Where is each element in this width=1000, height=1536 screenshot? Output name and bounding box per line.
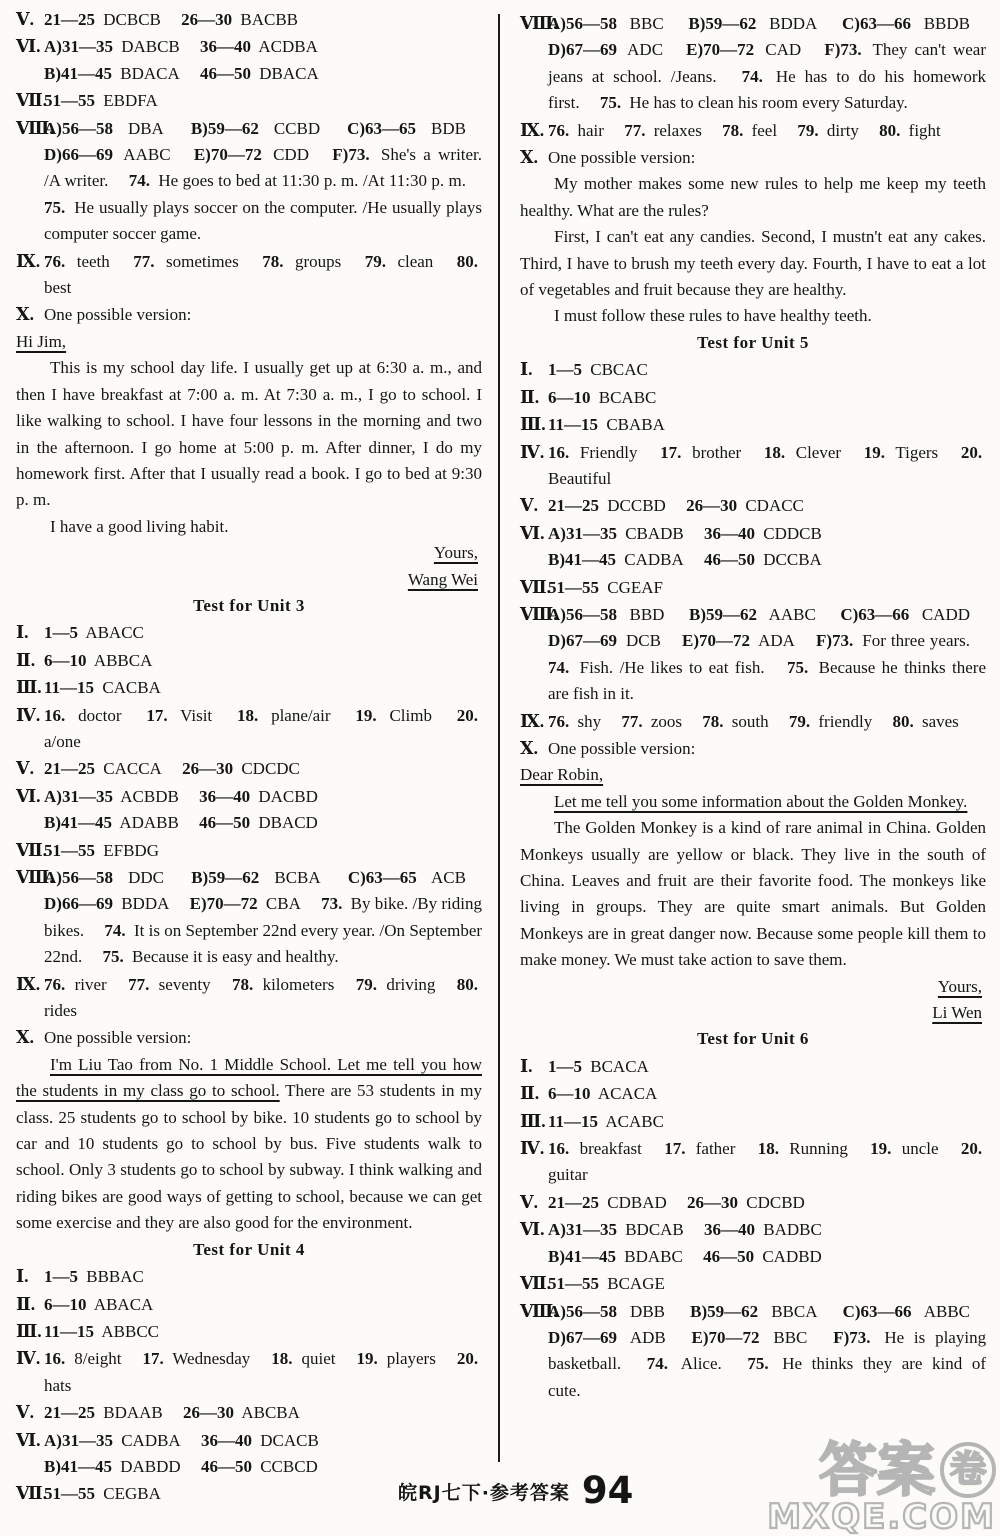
answer-text: friendly (818, 712, 872, 731)
question-number: B)59—62 (191, 868, 259, 887)
answer-item: Ⅴ.21—25 CACCA 26—30 CDCDC (16, 755, 482, 782)
answer-text: plane/air (271, 706, 330, 725)
answer-text: CCBD (274, 119, 320, 138)
question-number: 17. (664, 1139, 685, 1158)
question-number: 74. (742, 67, 763, 86)
question-number: 77. (133, 252, 154, 271)
question-number: 20. (457, 1349, 478, 1368)
question-number: 36—40 (200, 37, 251, 56)
answer-text: father (696, 1139, 736, 1158)
section-numeral: Ⅵ. (16, 783, 44, 809)
answer-text: hats (44, 1376, 71, 1395)
answer-text: BBC (630, 14, 664, 33)
answer-text: BBCA (771, 1302, 817, 1321)
answer-text: Running (789, 1139, 848, 1158)
answer-text: kilometers (263, 975, 335, 994)
question-number: B)59—62 (689, 605, 757, 624)
section-numeral: Ⅴ. (16, 755, 44, 781)
question-number: 18. (758, 1139, 779, 1158)
answer-item: Ⅶ.51—55 BCAGE (520, 1270, 986, 1297)
question-number: B)41—45 (44, 813, 112, 832)
essay-paragraph: My mother makes some new rules to help m… (520, 171, 986, 224)
question-number: 46—50 (704, 550, 755, 569)
answer-text: ABACC (85, 623, 144, 642)
answer-item: Ⅰ.1—5 BCACA (520, 1053, 986, 1080)
question-number: 6—10 (44, 1295, 87, 1314)
question-number: 77. (621, 712, 642, 731)
answer-text: BDABC (624, 1247, 683, 1266)
section-numeral: Ⅹ. (16, 301, 44, 327)
question-number: 46—50 (200, 64, 251, 83)
answer-text: One possible version: (44, 1028, 191, 1047)
question-number: 1—5 (44, 1267, 78, 1286)
question-number: A)31—35 (44, 37, 113, 56)
question-number: A)56—58 (548, 14, 617, 33)
answer-item: Ⅱ.6—10 ABACA (16, 1291, 482, 1318)
answer-text: BBD (629, 605, 664, 624)
answer-text: Fish. /He likes to eat fish. (580, 658, 765, 677)
answer-text: BBDB (924, 14, 970, 33)
question-number: 78. (232, 975, 253, 994)
answer-text: CADBD (762, 1247, 822, 1266)
answer-text: guitar (548, 1165, 588, 1184)
footer-edition-label: 皖RJ七下·参考答案 (398, 1478, 570, 1509)
answer-text: This is my school day life. I usually ge… (16, 358, 482, 509)
question-number: A)56—58 (548, 1302, 617, 1321)
answer-text: He has to clean his room every Saturday. (629, 93, 907, 112)
answer-item: Ⅱ.6—10 ABBCA (16, 647, 482, 674)
answer-text: BCAGE (607, 1274, 665, 1293)
answer-text: Hi Jim, (16, 332, 66, 351)
question-number: D)67—69 (548, 40, 617, 59)
answer-text: Let me tell you some information about t… (554, 792, 967, 811)
question-number: 36—40 (199, 787, 250, 806)
essay-paragraph: I have a good living habit. (16, 514, 482, 540)
answer-text: CDD (273, 145, 309, 164)
section-numeral: Ⅲ. (16, 674, 44, 700)
answer-text: Friendly (580, 443, 638, 462)
answer-text: Clever (796, 443, 841, 462)
answer-text: I have a good living habit. (50, 517, 228, 536)
answer-item: Ⅳ.16. breakfast 17. father 18. Running 1… (520, 1135, 986, 1189)
question-number: B)59—62 (688, 14, 756, 33)
section-numeral: Ⅷ. (16, 115, 44, 141)
section-numeral: Ⅳ. (520, 1135, 548, 1161)
section-numeral: Ⅰ. (520, 356, 548, 382)
answer-text: Yours, (938, 977, 982, 996)
question-number: D)67—69 (548, 631, 617, 650)
question-number: D)67—69 (548, 1328, 617, 1347)
signature: Li Wen (520, 1000, 986, 1026)
answer-text: shy (578, 712, 602, 731)
section-numeral: Ⅸ. (520, 708, 548, 734)
question-number: 78. (262, 252, 283, 271)
answer-item: Ⅹ.One possible version: (520, 144, 986, 171)
section-numeral: Ⅴ. (16, 1399, 44, 1425)
answer-item: B)41—45 CADBA 46—50 DCCBA (520, 547, 986, 573)
answer-text: brother (692, 443, 741, 462)
question-number: 20. (961, 1139, 982, 1158)
answer-text: ACABC (605, 1112, 664, 1131)
question-number: B)59—62 (191, 119, 259, 138)
answer-text: DBA (128, 119, 164, 138)
question-number: 74. (129, 171, 150, 190)
answer-text: CDCBD (746, 1193, 805, 1212)
question-number: 76. (44, 252, 65, 271)
question-number: 19. (864, 443, 885, 462)
left-answer-column: Ⅴ.21—25 DCBCB 26—30 BACBB Ⅵ.A)31—35 DABC… (16, 6, 482, 1508)
section-numeral: Ⅷ. (16, 864, 44, 890)
essay-paragraph: Let me tell you some information about t… (520, 789, 986, 815)
answer-text: Li Wen (932, 1003, 982, 1022)
question-number: 46—50 (199, 813, 250, 832)
answer-text: CDCDC (241, 759, 300, 778)
watermark: 答案 卷 MXQE.COM (767, 1442, 996, 1534)
answer-text: BACBB (240, 10, 298, 29)
question-number: F)73. (833, 1328, 870, 1347)
question-number: 17. (142, 1349, 163, 1368)
question-number: 80. (879, 121, 900, 140)
answer-item: Ⅷ.A)56—58 DBB B)59—62 BBCA C)63—66 ABBC … (520, 1298, 986, 1405)
question-number: C)63—66 (840, 605, 909, 624)
question-number: E)70—72 (686, 40, 754, 59)
answer-text: DCACB (260, 1431, 319, 1450)
answer-item: Ⅱ.6—10 ACACA (520, 1080, 986, 1107)
answer-text: CBADB (625, 524, 684, 543)
answer-text: DACBD (258, 787, 318, 806)
answer-text: AABC (123, 145, 170, 164)
answer-text: ABCBA (241, 1403, 300, 1422)
question-number: A)31—35 (44, 1431, 113, 1450)
question-number: 18. (237, 706, 258, 725)
section-numeral: Ⅶ. (520, 1270, 548, 1296)
question-number: A)31—35 (548, 524, 617, 543)
answer-text: DBACD (258, 813, 318, 832)
answer-text: ABACA (94, 1295, 154, 1314)
answer-text: There are 53 students in my class. 25 st… (16, 1081, 482, 1232)
question-number: 1—5 (548, 360, 582, 379)
answer-text: First, I can't eat any candies. Second, … (520, 227, 986, 299)
question-number: 76. (44, 975, 65, 994)
answer-text: BCBA (274, 868, 320, 887)
answer-text: EFBDG (103, 841, 159, 860)
answer-text: One possible version: (44, 305, 191, 324)
section-numeral: Ⅱ. (16, 647, 44, 673)
question-number: B)41—45 (44, 64, 112, 83)
question-number: 19. (870, 1139, 891, 1158)
section-numeral: Ⅲ. (520, 411, 548, 437)
question-number: 19. (355, 706, 376, 725)
answer-text: CADD (922, 605, 970, 624)
question-number: 20. (457, 706, 478, 725)
section-numeral: Ⅷ. (520, 1298, 548, 1324)
question-number: 74. (647, 1354, 668, 1373)
question-number: 26—30 (686, 496, 737, 515)
answer-text: EBDFA (103, 91, 157, 110)
section-numeral: Ⅶ. (16, 837, 44, 863)
answer-text: fight (909, 121, 941, 140)
question-number: 75. (747, 1354, 768, 1373)
answer-text: One possible version: (548, 148, 695, 167)
section-heading: Test for Unit 6 (520, 1026, 986, 1052)
answer-item: Ⅲ.11—15 ACABC (520, 1108, 986, 1135)
answer-item: Ⅸ.76. river 77. seventy 78. kilometers 7… (16, 971, 482, 1025)
section-numeral: Ⅳ. (16, 702, 44, 728)
answer-text: CACBA (102, 678, 161, 697)
question-number: 16. (44, 706, 65, 725)
question-number: A)56—58 (548, 605, 617, 624)
answer-item: Ⅲ.11—15 CACBA (16, 674, 482, 701)
essay-paragraph: The Golden Monkey is a kind of rare anim… (520, 815, 986, 973)
answer-item: B)41—45 ADABB 46—50 DBACD (16, 810, 482, 836)
answer-text: CEGBA (103, 1484, 161, 1503)
answer-text: relaxes (654, 121, 702, 140)
question-number: 21—25 (44, 759, 95, 778)
answer-text: ADABB (119, 813, 179, 832)
page-number: 94 (582, 1472, 634, 1509)
question-number: 11—15 (548, 415, 598, 434)
answer-text: Tigers (895, 443, 938, 462)
answer-text: Climb (389, 706, 432, 725)
question-number: 1—5 (44, 623, 78, 642)
answer-text: CGEAF (607, 578, 663, 597)
section-numeral: Ⅴ. (16, 6, 44, 32)
question-number: F)73. (816, 631, 853, 650)
question-number: 51—55 (44, 1484, 95, 1503)
question-number: A)56—58 (44, 868, 113, 887)
question-number: 21—25 (548, 1193, 599, 1212)
question-number: 73. (321, 894, 342, 913)
answer-text: players (387, 1349, 436, 1368)
answer-text: Yours, (434, 543, 478, 562)
answer-text: BDDA (121, 894, 169, 913)
signature: Yours, (520, 974, 986, 1000)
answer-text: CBA (266, 894, 301, 913)
answer-text: CBABA (606, 415, 665, 434)
answer-text: Visit (180, 706, 212, 725)
question-number: 21—25 (44, 10, 95, 29)
question-number: F)73. (824, 40, 861, 59)
section-numeral: Ⅱ. (16, 1291, 44, 1317)
question-number: C)63—65 (348, 868, 417, 887)
question-number: 11—15 (548, 1112, 598, 1131)
section-heading: Test for Unit 4 (16, 1237, 482, 1263)
answer-item: Ⅸ.76. hair 77. relaxes 78. feel 79. dirt… (520, 117, 986, 144)
question-number: 77. (128, 975, 149, 994)
answer-item: Ⅲ.11—15 CBABA (520, 411, 986, 438)
section-numeral: Ⅷ. (520, 10, 548, 36)
answer-text: dirty (827, 121, 859, 140)
answer-item: Ⅲ.11—15 ABBCC (16, 1318, 482, 1345)
answer-text: CDACC (745, 496, 804, 515)
section-numeral: Ⅵ. (520, 1216, 548, 1242)
question-number: 77. (624, 121, 645, 140)
section-numeral: Ⅱ. (520, 384, 548, 410)
section-numeral: Ⅴ. (520, 1189, 548, 1215)
answer-text: DCCBD (607, 496, 666, 515)
section-numeral: Ⅲ. (520, 1108, 548, 1134)
answer-text: CADBA (121, 1431, 181, 1450)
answer-text: a/one (44, 732, 81, 751)
answer-item: Ⅴ.21—25 DCCBD 26—30 CDACC (520, 492, 986, 519)
answer-item: Ⅶ.51—55 CGEAF (520, 574, 986, 601)
question-number: 21—25 (548, 496, 599, 515)
answer-text: ACDBA (258, 37, 318, 56)
answer-text: CDDCB (763, 524, 822, 543)
answer-text: feel (752, 121, 777, 140)
question-number: 80. (892, 712, 913, 731)
page-footer: 皖RJ七下·参考答案 94 (398, 1472, 633, 1509)
answer-text: ABBC (924, 1302, 970, 1321)
answer-item: Ⅴ.21—25 DCBCB 26—30 BACBB (16, 6, 482, 33)
section-numeral: Ⅰ. (16, 1263, 44, 1289)
answer-text: teeth (77, 252, 110, 271)
answer-text: driving (386, 975, 435, 994)
question-number: 76. (548, 121, 569, 140)
answer-item: Ⅴ.21—25 BDAAB 26—30 ABCBA (16, 1399, 482, 1426)
watermark-circle-logo: 卷 (940, 1442, 996, 1498)
answer-text: groups (295, 252, 341, 271)
answer-text: AABC (769, 605, 816, 624)
answer-text: BADBC (763, 1220, 822, 1239)
answer-text: Wednesday (172, 1349, 250, 1368)
section-numeral: Ⅳ. (520, 439, 548, 465)
answer-text: uncle (902, 1139, 939, 1158)
answer-text: CACCA (103, 759, 162, 778)
answer-text: Because it is easy and healthy. (132, 947, 339, 966)
question-number: A)31—35 (44, 787, 113, 806)
answer-sheet-page: Ⅴ.21—25 DCBCB 26—30 BACBB Ⅵ.A)31—35 DABC… (0, 0, 1000, 1536)
section-numeral: Ⅵ. (16, 33, 44, 59)
question-number: 6—10 (44, 651, 87, 670)
question-number: 18. (764, 443, 785, 462)
question-number: 75. (103, 947, 124, 966)
answer-item: Ⅵ.A)31—35 CADBA 36—40 DCACB (16, 1427, 482, 1454)
question-number: 46—50 (201, 1457, 252, 1476)
question-number: 26—30 (182, 759, 233, 778)
question-number: 36—40 (704, 1220, 755, 1239)
question-number: 16. (548, 1139, 569, 1158)
question-number: F)73. (332, 145, 369, 164)
answer-item: B)41—45 BDACA 46—50 DBACA (16, 61, 482, 87)
answer-text: quiet (302, 1349, 336, 1368)
section-numeral: Ⅰ. (16, 619, 44, 645)
answer-item: Ⅶ.51—55 EBDFA (16, 87, 482, 114)
question-number: B)41—45 (548, 550, 616, 569)
answer-text: hair (578, 121, 604, 140)
answer-text: CBCAC (590, 360, 648, 379)
question-number: 19. (357, 1349, 378, 1368)
section-heading: Test for Unit 5 (520, 330, 986, 356)
answer-item: Ⅷ.A)56—58 DBA B)59—62 CCBD C)63—65 BDB D… (16, 115, 482, 248)
answer-item: Ⅴ.21—25 CDBAD 26—30 CDCBD (520, 1189, 986, 1216)
question-number: 11—15 (44, 678, 94, 697)
question-number: 1—5 (548, 1057, 582, 1076)
essay-paragraph: I must follow these rules to have health… (520, 303, 986, 329)
question-number: 75. (600, 93, 621, 112)
question-number: 11—15 (44, 1322, 94, 1341)
answer-text: ADC (627, 40, 663, 59)
answer-item: Ⅸ.76. teeth 77. sometimes 78. groups 79.… (16, 248, 482, 302)
watermark-site-text: MXQE.COM (767, 1500, 996, 1534)
answer-item: Ⅷ.A)56—58 DDC B)59—62 BCBA C)63—65 ACB D… (16, 864, 482, 971)
answer-text: DBACA (259, 64, 319, 83)
section-numeral: Ⅳ. (16, 1345, 44, 1371)
answer-text: ADA (758, 631, 795, 650)
answer-text: Wang Wei (408, 570, 478, 589)
question-number: 20. (961, 443, 982, 462)
question-number: 75. (787, 658, 808, 677)
answer-text: Beautiful (548, 469, 611, 488)
answer-text: south (732, 712, 769, 731)
answer-item: Ⅰ.1—5 BBBAC (16, 1263, 482, 1290)
question-number: E)70—72 (692, 1328, 760, 1347)
question-number: 80. (457, 975, 478, 994)
answer-text: ACACA (598, 1084, 658, 1103)
answer-text: ACB (431, 868, 466, 887)
question-number: C)63—66 (842, 14, 911, 33)
question-number: 80. (457, 252, 478, 271)
answer-text: BBBAC (86, 1267, 144, 1286)
section-numeral: Ⅸ. (16, 248, 44, 274)
answer-text: sometimes (166, 252, 239, 271)
answer-text: saves (922, 712, 959, 731)
question-number: 79. (365, 252, 386, 271)
answer-text: Alice. (681, 1354, 722, 1373)
question-number: 26—30 (183, 1403, 234, 1422)
answer-item: Ⅹ.One possible version: (16, 301, 482, 328)
answer-text: CAD (765, 40, 801, 59)
answer-text: zoos (651, 712, 682, 731)
question-number: 21—25 (44, 1403, 95, 1422)
answer-text: DABDD (120, 1457, 180, 1476)
question-number: 78. (702, 712, 723, 731)
answer-item: Ⅵ.A)31—35 ACBDB 36—40 DACBD (16, 783, 482, 810)
section-numeral: Ⅹ. (16, 1024, 44, 1050)
section-numeral: Ⅶ. (520, 574, 548, 600)
column-divider (498, 14, 500, 1462)
question-number: A)56—58 (44, 119, 113, 138)
answer-item: Ⅶ.51—55 EFBDG (16, 837, 482, 864)
question-number: 79. (789, 712, 810, 731)
question-number: 51—55 (548, 578, 599, 597)
salutation: Dear Robin, (520, 762, 986, 788)
question-number: C)63—65 (347, 119, 416, 138)
answer-text: DBB (630, 1302, 665, 1321)
section-numeral: Ⅴ. (520, 492, 548, 518)
answer-text: BCACA (590, 1057, 649, 1076)
answer-text: BDB (431, 119, 466, 138)
question-number: 79. (797, 121, 818, 140)
question-number: 17. (146, 706, 167, 725)
answer-item: Ⅷ.A)56—58 BBC B)59—62 BDDA C)63—66 BBDB … (520, 10, 986, 117)
answer-text: best (44, 278, 71, 297)
answer-text: He usually plays soccer on the computer.… (44, 198, 482, 243)
answer-text: breakfast (580, 1139, 642, 1158)
answer-text: ABBCA (94, 651, 153, 670)
answer-text: My mother makes some new rules to help m… (520, 174, 986, 219)
section-numeral: Ⅸ. (520, 117, 548, 143)
question-number: B)59—62 (690, 1302, 758, 1321)
answer-text: He goes to bed at 11:30 p. m. /At 11:30 … (158, 171, 466, 190)
answer-text: river (75, 975, 107, 994)
question-number: 16. (548, 443, 569, 462)
signature: Wang Wei (16, 567, 482, 593)
question-number: D)66—69 (44, 145, 113, 164)
answer-item: Ⅷ.A)56—58 BBD B)59—62 AABC C)63—66 CADD … (520, 601, 986, 708)
question-number: 6—10 (548, 1084, 591, 1103)
answer-text: CCBCD (260, 1457, 318, 1476)
